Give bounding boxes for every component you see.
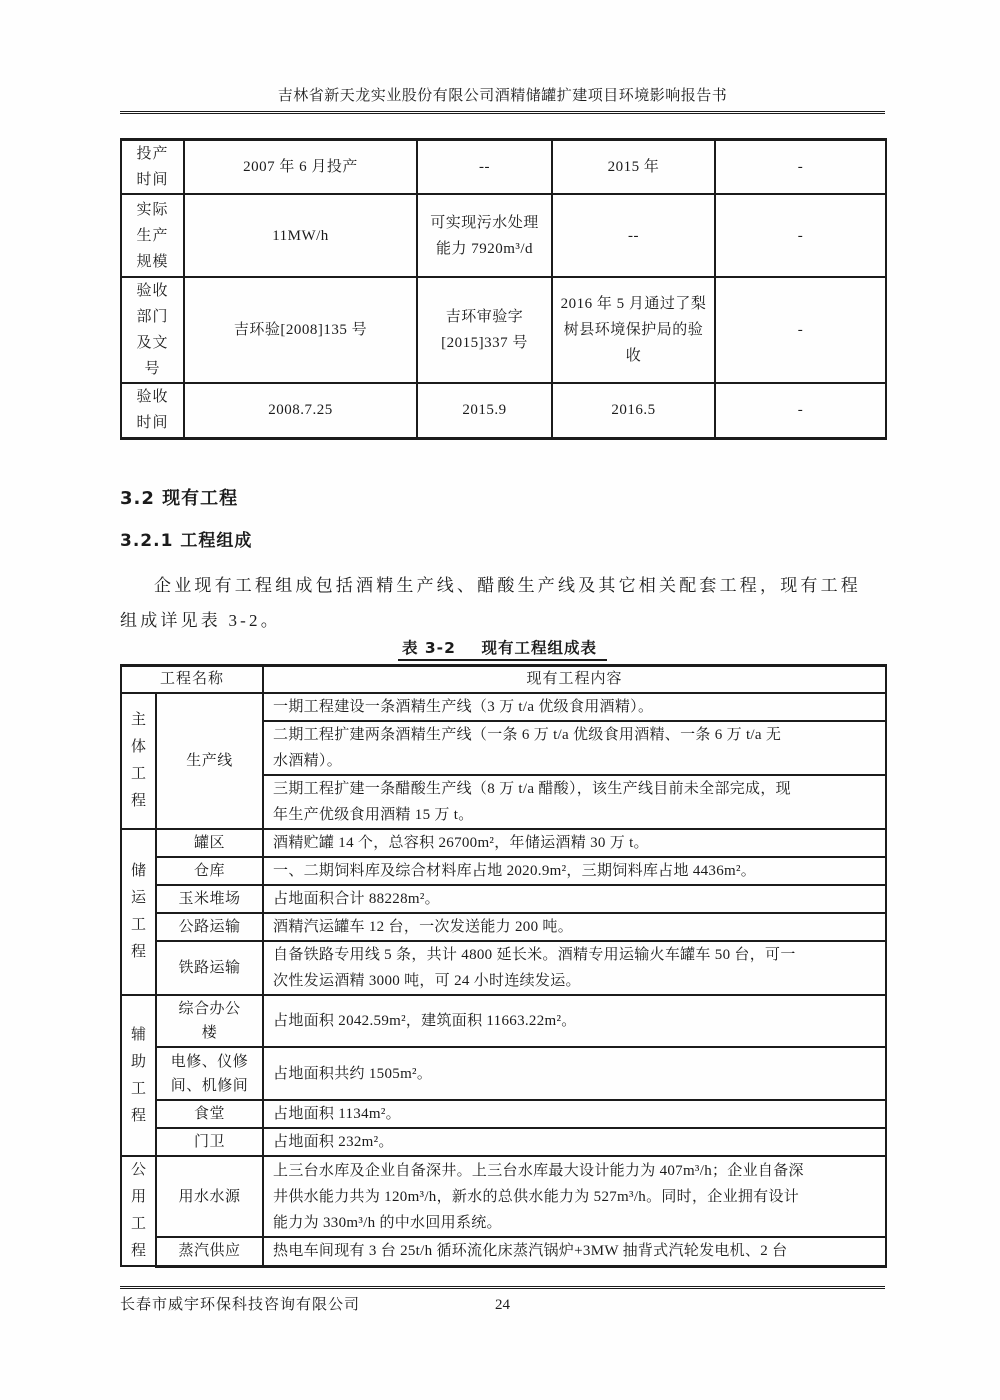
table-cell: 吉环验[2008]135 号 [184,277,417,383]
content-cell: 占地面积 1134m²。 [263,1100,886,1128]
group-label-cell: 辅 助 工 程 [121,995,156,1156]
table-row: 实际 生产 规模 11MW/h 可实现污水处理 能力 7920m³/d -- - [121,194,886,277]
table-row: 食堂 占地面积 1134m²。 [121,1100,886,1128]
row-header-cell: 投产 时间 [121,140,184,195]
table-cell: 2015 年 [552,140,715,195]
table-row: 验收 部门 及文 号 吉环验[2008]135 号 吉环审验字 [2015]33… [121,277,886,383]
table-caption-row: 表 3-2 现有工程组成表 [120,638,885,661]
table-row: 电修、仪修 间、机修间 占地面积共约 1505m²。 [121,1047,886,1100]
content-cell: 一期工程建设一条酒精生产线（3 万 t/a 优级食用酒精）。 [263,693,886,721]
table-cell: -- [417,140,552,195]
sub-label-cell: 仓库 [156,857,263,885]
content-cell: 二期工程扩建两条酒精生产线（一条 6 万 t/a 优级食用酒精、一条 6 万 t… [263,721,886,775]
footer-row: 长春市威宇环保科技咨询有限公司 24 [120,1295,885,1315]
table-cell: - [715,140,886,195]
body-paragraph: 企业现有工程组成包括酒精生产线、醋酸生产线及其它相关配套工程，现有工程 组成详见… [120,568,885,638]
document-title: 吉林省新天龙实业股份有限公司酒精储罐扩建项目环境影响报告书 [120,86,885,106]
table-row: 玉米堆场 占地面积合计 88228m²。 [121,885,886,913]
table-cell: - [715,277,886,383]
sub-label-cell: 公路运输 [156,913,263,941]
table-row: 门卫 占地面积 232m²。 [121,1128,886,1156]
table-row: 蒸汽供应 热电车间现有 3 台 25t/h 循环流化床蒸汽锅炉+3MW 抽背式汽… [121,1237,886,1266]
table-cell: 11MW/h [184,194,417,277]
content-cell: 上三台水库及企业自备深井。上三台水库最大设计能力为 407m³/h；企业自备深 … [263,1156,886,1237]
row-header-cell: 实际 生产 规模 [121,194,184,277]
page-footer: 长春市威宇环保科技咨询有限公司 24 [120,1286,885,1315]
row-header-cell: 验收 时间 [121,383,184,438]
sub-label-cell: 生产线 [156,693,263,829]
table-cell: 吉环审验字 [2015]337 号 [417,277,552,383]
sub-label-cell: 门卫 [156,1128,263,1156]
page-header: 吉林省新天龙实业股份有限公司酒精储罐扩建项目环境影响报告书 [120,0,885,114]
table-row: 公 用 工 程 用水水源 上三台水库及企业自备深井。上三台水库最大设计能力为 4… [121,1156,886,1237]
table-cell: - [715,383,886,438]
document-page: 吉林省新天龙实业股份有限公司酒精储罐扩建项目环境影响报告书 投产 时间 2007… [0,0,1000,1400]
header-rule [120,111,885,114]
sub-label-cell: 玉米堆场 [156,885,263,913]
content-cell: 占地面积 232m²。 [263,1128,886,1156]
table-row: 验收 时间 2008.7.25 2015.9 2016.5 - [121,383,886,438]
table-row: 铁路运输 自备铁路专用线 5 条，共计 4800 延长米。酒精专用运输火车罐车 … [121,941,886,995]
content-cell: 酒精汽运罐车 12 台，一次发送能力 200 吨。 [263,913,886,941]
table-caption: 表 3-2 现有工程组成表 [398,638,607,661]
table-cell: -- [552,194,715,277]
table-row: 储 运 工 程 罐区 酒精贮罐 14 个，总容积 26700m²，年储运酒精 3… [121,829,886,857]
table-row: 辅 助 工 程 综合办公 楼 占地面积 2042.59m²，建筑面积 11663… [121,995,886,1047]
sub-label-cell: 罐区 [156,829,263,857]
previous-projects-table: 投产 时间 2007 年 6 月投产 -- 2015 年 - 实际 生产 规模 … [120,138,887,440]
project-composition-table: 工程名称 现有工程内容 主 体 工 程 生产线 一期工程建设一条酒精生产线（3 … [120,664,887,1268]
sub-label-cell: 铁路运输 [156,941,263,995]
content-cell: 占地面积 2042.59m²，建筑面积 11663.22m²。 [263,995,886,1047]
content-cell: 占地面积共约 1505m²。 [263,1047,886,1100]
group-label-cell: 公 用 工 程 [121,1156,156,1266]
subsection-heading: 3.2.1 工程组成 [120,530,885,552]
content-cell: 三期工程扩建一条醋酸生产线（8 万 t/a 醋酸），该生产线目前未全部完成，现 … [263,775,886,829]
sub-label-cell: 食堂 [156,1100,263,1128]
table-cell: 2016.5 [552,383,715,438]
column-header-content: 现有工程内容 [263,665,886,693]
table-row: 主 体 工 程 生产线 一期工程建设一条酒精生产线（3 万 t/a 优级食用酒精… [121,693,886,721]
table-cell: 2008.7.25 [184,383,417,438]
table-cell: 2016 年 5 月通过了梨 树县环境保护局的验 收 [552,277,715,383]
page-number: 24 [120,1295,885,1315]
table-header-row: 工程名称 现有工程内容 [121,665,886,693]
group-label-cell: 储 运 工 程 [121,829,156,995]
table-cell: 2007 年 6 月投产 [184,140,417,195]
group-label-cell: 主 体 工 程 [121,693,156,829]
table-cell: 2015.9 [417,383,552,438]
content-cell: 热电车间现有 3 台 25t/h 循环流化床蒸汽锅炉+3MW 抽背式汽轮发电机、… [263,1237,886,1266]
table-cell: - [715,194,886,277]
column-header-name: 工程名称 [121,665,263,693]
table-cell: 可实现污水处理 能力 7920m³/d [417,194,552,277]
row-header-cell: 验收 部门 及文 号 [121,277,184,383]
content-cell: 占地面积合计 88228m²。 [263,885,886,913]
sub-label-cell: 电修、仪修 间、机修间 [156,1047,263,1100]
section-heading: 3.2 现有工程 [120,488,885,510]
sub-label-cell: 综合办公 楼 [156,995,263,1047]
content-cell: 酒精贮罐 14 个，总容积 26700m²，年储运酒精 30 万 t。 [263,829,886,857]
table-row: 公路运输 酒精汽运罐车 12 台，一次发送能力 200 吨。 [121,913,886,941]
content-cell: 自备铁路专用线 5 条，共计 4800 延长米。酒精专用运输火车罐车 50 台，… [263,941,886,995]
footer-rule [120,1286,885,1289]
sub-label-cell: 用水水源 [156,1156,263,1237]
table-row: 仓库 一、二期饲料库及综合材料库占地 2020.9m²，三期饲料库占地 4436… [121,857,886,885]
content-cell: 一、二期饲料库及综合材料库占地 2020.9m²，三期饲料库占地 4436m²。 [263,857,886,885]
sub-label-cell: 蒸汽供应 [156,1237,263,1266]
table-row: 投产 时间 2007 年 6 月投产 -- 2015 年 - [121,140,886,195]
